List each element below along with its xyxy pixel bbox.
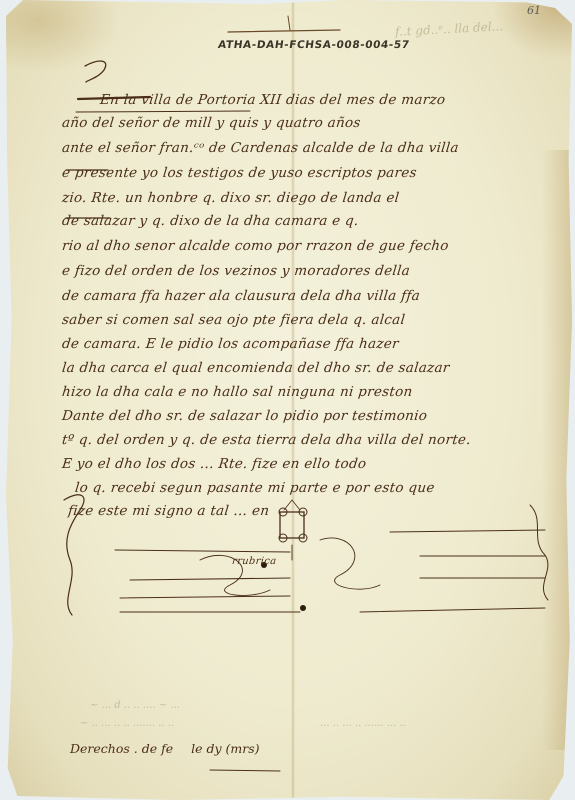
manuscript-line-7: rio al dho senor alcalde como por rrazon… <box>61 238 553 254</box>
signatory-rubric-label: rrubrica <box>231 556 292 567</box>
fee-note: Derechos . de fe le dy (mrs) <box>70 741 260 756</box>
manuscript-line-16: E yo el dho los dos ... Rte. fize en ell… <box>61 456 553 472</box>
manuscript-line-17: lo q. recebi segun pasante mi parte e po… <box>74 480 566 496</box>
fee-note-label: Derechos . de fe <box>70 741 173 756</box>
manuscript-line-3: ante el señor fran.ᶜᵒ de Cardenas alcald… <box>61 140 553 156</box>
manuscript-line-8: e fizo del orden de los vezinos y morado… <box>61 263 553 279</box>
manuscript-line-6: de salazar y q. dixo de la dha camara e … <box>61 213 553 229</box>
faint-pencil-line-2: ~ .. ... .. .. ....... .. .. <box>80 718 174 729</box>
manuscript-line-14: Dante del dho sr. de salazar lo pidio po… <box>61 408 553 424</box>
manuscript-line-2: año del señor de mill y quis y quatro añ… <box>61 115 553 131</box>
manuscript-line-13: hizo la dha cala e no hallo sal ninguna … <box>61 384 553 400</box>
manuscript-line-1: En la villa de Portoria XII dias del mes… <box>99 92 551 108</box>
manuscript-line-11: de camara. E le pidio los acompañase ffa… <box>61 336 553 352</box>
manuscript-line-18: fize este mi signo a tal ... en testimon… <box>67 503 274 519</box>
manuscript-line-9: de camara ffa hazer ala clausura dela dh… <box>61 288 553 304</box>
faint-pencil-line-3: ... .. ... .. ...... ... .. <box>320 718 406 729</box>
faint-pencil-line-1: ~ ... d .. .. .... ~ ... <box>90 700 180 711</box>
manuscript-line-12: la dha carca el qual encomienda del dho … <box>61 360 553 376</box>
manuscript-line-4: e presente yo los testigos de yuso escri… <box>61 165 553 181</box>
fee-amount: le dy (mrs) <box>191 741 259 756</box>
manuscript-line-5: zio. Rte. un honbre q. dixo sr. diego de… <box>61 190 553 206</box>
manuscript-line-10: saber si comen sal sea ojo pte fiera del… <box>61 312 553 328</box>
manuscript-line-15: tº q. del orden y q. de esta tierra dela… <box>61 432 553 448</box>
